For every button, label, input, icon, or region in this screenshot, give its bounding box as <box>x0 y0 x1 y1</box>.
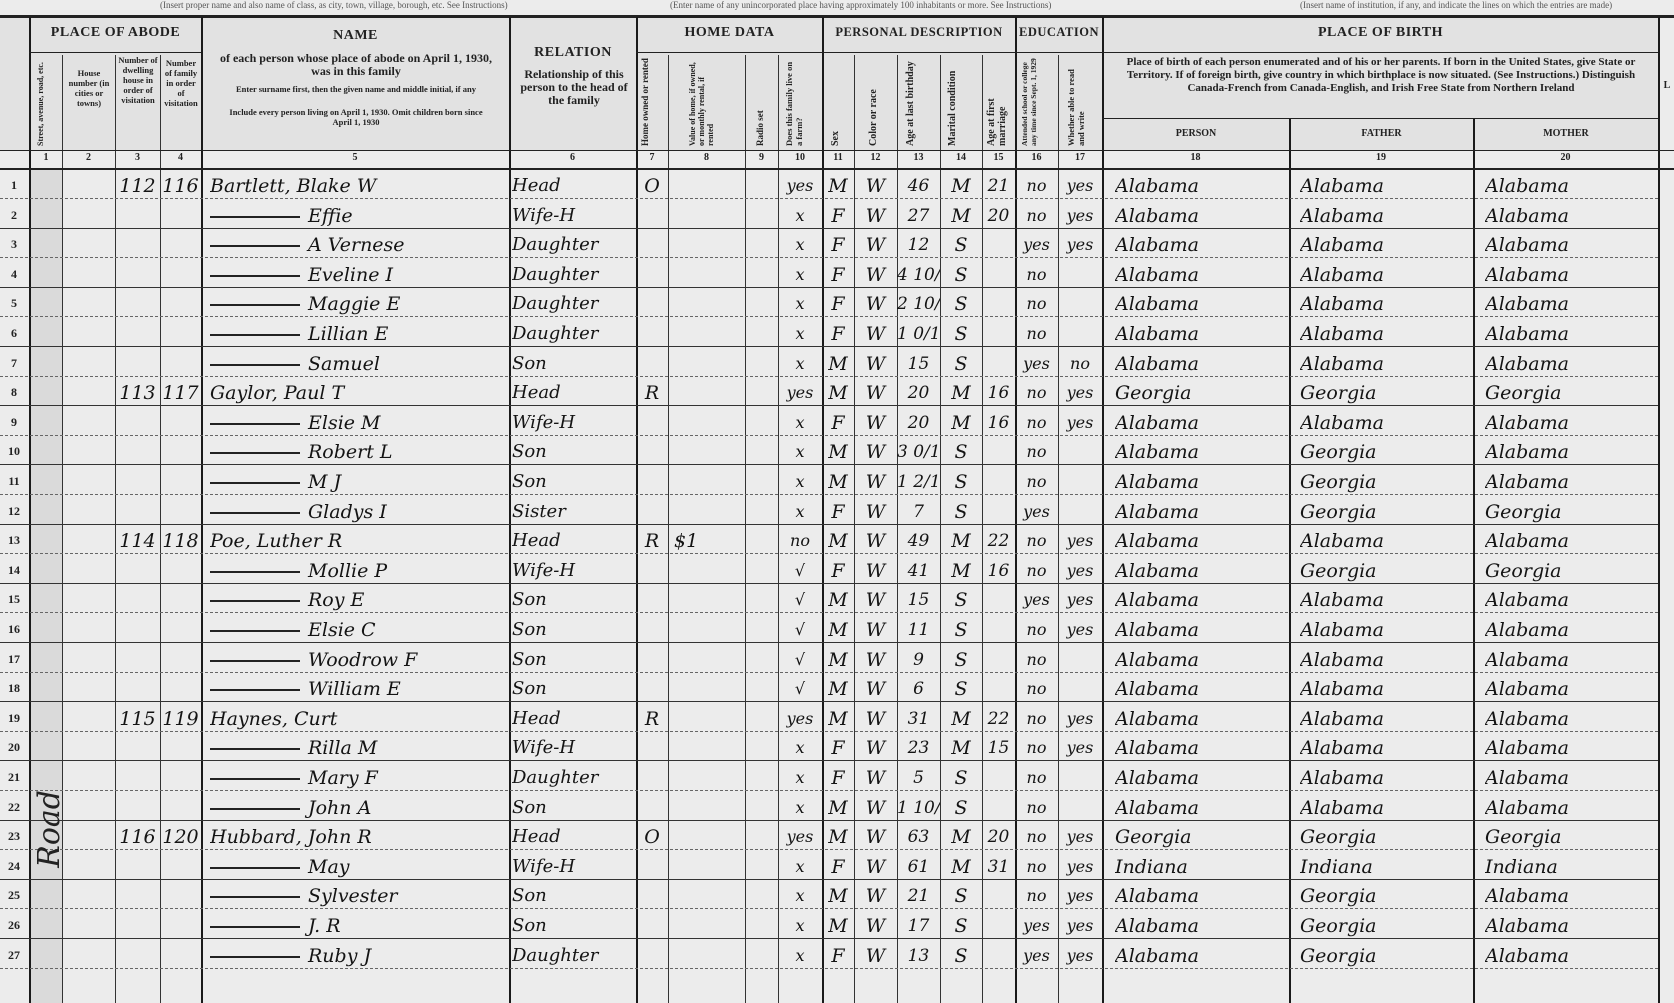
age: 6 <box>897 673 940 702</box>
table-row: 20 Rilla M Wife-H x F W 23 M 15 no yes A… <box>0 732 1658 761</box>
ditto-dash <box>210 630 300 632</box>
age-first-marriage: 20 <box>982 821 1015 850</box>
farm: x <box>778 762 822 791</box>
relation: Sister <box>512 496 634 525</box>
birthplace-person: Georgia <box>1115 377 1287 406</box>
farm: x <box>778 436 822 465</box>
home-value <box>674 436 744 465</box>
farm: x <box>778 851 822 880</box>
col-header-sex: Sex <box>830 58 846 146</box>
radio-set <box>745 703 778 732</box>
farm: x <box>778 792 822 821</box>
birthplace-father: Alabama <box>1300 288 1472 317</box>
home-owned-rented <box>636 614 668 643</box>
table-row: 11 M J Son x M W 1 2/12 S no Alabama Geo… <box>0 466 1658 495</box>
age: 15 <box>897 584 940 613</box>
relation: Head <box>512 377 634 406</box>
person-name: Woodrow F <box>210 644 508 673</box>
marital-condition: S <box>940 910 982 939</box>
group-header-relation: RELATION <box>510 45 636 61</box>
birthplace-person: Alabama <box>1115 644 1287 673</box>
relation: Head <box>512 525 634 554</box>
dwelling-number: 116 <box>115 821 160 850</box>
sex: F <box>822 496 854 525</box>
age-first-marriage <box>982 940 1015 969</box>
attended-school: no <box>1015 259 1058 288</box>
line-number: 6 <box>0 318 28 347</box>
person-name: J. R <box>210 910 508 939</box>
table-row: 2 Effie Wife-H x F W 27 M 20 no yes Alab… <box>0 200 1658 229</box>
person-name: May <box>210 851 508 880</box>
home-value <box>674 762 744 791</box>
sex: M <box>822 821 854 850</box>
attended-school: no <box>1015 200 1058 229</box>
table-row: 8 113 117 Gaylor, Paul T Head R yes M W … <box>0 377 1658 406</box>
color-race: W <box>854 910 897 939</box>
col-header-house-number: House number (in cities or towns) <box>64 68 114 108</box>
sex: F <box>822 288 854 317</box>
attended-school: no <box>1015 466 1058 495</box>
family-number <box>160 732 201 761</box>
relation: Son <box>512 910 634 939</box>
age: 9 <box>897 644 940 673</box>
birthplace-mother: Alabama <box>1485 703 1657 732</box>
column-number: 9 <box>745 152 778 168</box>
attended-school: no <box>1015 792 1058 821</box>
family-number: 117 <box>160 377 201 406</box>
line-number: 3 <box>0 229 28 258</box>
person-name-text: Bartlett, Blake W <box>210 175 376 197</box>
age-first-marriage <box>982 762 1015 791</box>
row-rule <box>0 968 1658 969</box>
dwelling-number: 114 <box>115 525 160 554</box>
column-number: 18 <box>1102 152 1289 168</box>
home-value: $1 <box>674 525 744 554</box>
column-number: 2 <box>62 152 115 168</box>
home-owned-rented <box>636 673 668 702</box>
home-owned-rented <box>636 496 668 525</box>
home-value <box>674 703 744 732</box>
attended-school: no <box>1015 732 1058 761</box>
home-owned-rented <box>636 229 668 258</box>
person-name-text: Mary F <box>308 767 378 789</box>
read-write: yes <box>1058 200 1102 229</box>
name-instruction-1: Enter surname first, then the given name… <box>225 84 487 94</box>
color-race: W <box>854 584 897 613</box>
radio-set <box>745 792 778 821</box>
ditto-dash <box>210 896 300 898</box>
age-first-marriage: 16 <box>982 377 1015 406</box>
line-number: 20 <box>0 732 28 761</box>
person-name-text: Ruby J <box>308 945 371 967</box>
read-write: yes <box>1058 170 1102 199</box>
person-name-text: Mollie P <box>308 560 387 582</box>
home-value <box>674 614 744 643</box>
marital-condition: S <box>940 288 982 317</box>
person-name: Eveline I <box>210 259 508 288</box>
age-first-marriage: 15 <box>982 732 1015 761</box>
home-value <box>674 259 744 288</box>
relation: Son <box>512 436 634 465</box>
read-write <box>1058 288 1102 317</box>
margin-note-road: Road <box>32 790 67 868</box>
read-write: yes <box>1058 614 1102 643</box>
home-owned-rented: R <box>636 525 668 554</box>
birthplace-father: Georgia <box>1300 821 1472 850</box>
sex: F <box>822 732 854 761</box>
group-header-personal-description: PERSONAL DESCRIPTION <box>823 25 1015 40</box>
dwelling-number <box>115 407 160 436</box>
family-number <box>160 880 201 909</box>
radio-set <box>745 614 778 643</box>
sex: F <box>822 940 854 969</box>
birthplace-father: Georgia <box>1300 555 1472 584</box>
family-number <box>160 259 201 288</box>
family-number <box>160 555 201 584</box>
birthplace-mother: Alabama <box>1485 259 1657 288</box>
read-write <box>1058 792 1102 821</box>
marital-condition: S <box>940 762 982 791</box>
dwelling-number: 112 <box>115 170 160 199</box>
attended-school: yes <box>1015 584 1058 613</box>
color-race: W <box>854 644 897 673</box>
read-write: yes <box>1058 555 1102 584</box>
family-number <box>160 614 201 643</box>
table-row: 7 Samuel Son x M W 15 S yes no Alabama A… <box>0 348 1658 377</box>
attended-school: no <box>1015 377 1058 406</box>
radio-set <box>745 673 778 702</box>
person-name-text: May <box>308 856 350 878</box>
column-number: 6 <box>509 152 636 168</box>
marital-condition: M <box>940 732 982 761</box>
marital-condition: S <box>940 348 982 377</box>
relation: Daughter <box>512 288 634 317</box>
color-race: W <box>854 318 897 347</box>
relation: Son <box>512 792 634 821</box>
person-name: Bartlett, Blake W <box>210 170 508 199</box>
age-first-marriage <box>982 288 1015 317</box>
home-value <box>674 318 744 347</box>
family-number <box>160 940 201 969</box>
table-row: 24 May Wife-H x F W 61 M 31 no yes India… <box>0 851 1658 880</box>
line-number: 19 <box>0 703 28 732</box>
home-owned-rented <box>636 792 668 821</box>
farm: x <box>778 466 822 495</box>
age-first-marriage <box>982 496 1015 525</box>
ditto-dash <box>210 216 300 218</box>
col-header-marital: Marital condition <box>947 58 975 146</box>
radio-set <box>745 229 778 258</box>
person-name: Lillian E <box>210 318 508 347</box>
top-instruction-2: (Enter name of any unincorporated place … <box>670 0 1051 10</box>
attended-school: no <box>1015 407 1058 436</box>
birthplace-person: Alabama <box>1115 555 1287 584</box>
line-number: 2 <box>0 200 28 229</box>
relation: Daughter <box>512 318 634 347</box>
age-first-marriage <box>982 584 1015 613</box>
marital-condition: M <box>940 170 982 199</box>
birthplace-father: Alabama <box>1300 732 1472 761</box>
person-name: Rilla M <box>210 732 508 761</box>
age-first-marriage <box>982 880 1015 909</box>
family-number <box>160 288 201 317</box>
rule-h <box>1102 52 1658 53</box>
color-race: W <box>854 229 897 258</box>
sex: F <box>822 318 854 347</box>
marital-condition: S <box>940 644 982 673</box>
read-write: no <box>1058 348 1102 377</box>
col-header-dwelling-number: Number of dwelling house in order of vis… <box>117 55 159 105</box>
birthplace-mother: Alabama <box>1485 732 1657 761</box>
col-header-mother: MOTHER <box>1474 128 1658 139</box>
home-value <box>674 792 744 821</box>
age-first-marriage <box>982 792 1015 821</box>
relation: Daughter <box>512 259 634 288</box>
col-header-age: Age at last birthday <box>905 58 933 146</box>
group-header-home-data: HOME DATA <box>637 25 822 41</box>
marital-condition: S <box>940 496 982 525</box>
radio-set <box>745 318 778 347</box>
radio-set <box>745 377 778 406</box>
ditto-dash <box>210 452 300 454</box>
age-first-marriage <box>982 229 1015 258</box>
color-race: W <box>854 288 897 317</box>
dwelling-number <box>115 555 160 584</box>
age-first-marriage <box>982 348 1015 377</box>
person-name-text: Rilla M <box>308 737 377 759</box>
read-write: yes <box>1058 229 1102 258</box>
column-number: 8 <box>668 152 745 168</box>
radio-set <box>745 170 778 199</box>
person-name-text: Gladys I <box>308 501 387 523</box>
line-number: 26 <box>0 910 28 939</box>
attended-school: no <box>1015 614 1058 643</box>
ditto-dash <box>210 808 300 810</box>
birthplace-person: Alabama <box>1115 584 1287 613</box>
age-first-marriage <box>982 436 1015 465</box>
birthplace-person: Alabama <box>1115 318 1287 347</box>
col-header-home-value: Value of home, if owned, or monthly rent… <box>688 58 728 146</box>
birthplace-father: Alabama <box>1300 644 1472 673</box>
person-name: Elsie C <box>210 614 508 643</box>
group-header-name: NAME <box>202 28 509 44</box>
attended-school: yes <box>1015 348 1058 377</box>
ditto-dash <box>210 571 300 573</box>
line-number: 7 <box>0 348 28 377</box>
color-race: W <box>854 792 897 821</box>
relation: Wife-H <box>512 555 634 584</box>
table-row: 6 Lillian E Daughter x F W 1 0/12 S no A… <box>0 318 1658 347</box>
home-value <box>674 466 744 495</box>
radio-set <box>745 732 778 761</box>
line-number: 18 <box>0 673 28 702</box>
relation: Daughter <box>512 762 634 791</box>
line-number: 24 <box>0 851 28 880</box>
sex: F <box>822 407 854 436</box>
sex: F <box>822 762 854 791</box>
relation: Son <box>512 644 634 673</box>
color-race: W <box>854 407 897 436</box>
line-number: 8 <box>0 377 28 406</box>
family-number <box>160 496 201 525</box>
home-value <box>674 880 744 909</box>
table-row: 12 Gladys I Sister x F W 7 S yes Alabama… <box>0 496 1658 525</box>
rule-h <box>29 52 201 53</box>
age: 46 <box>897 170 940 199</box>
age: 61 <box>897 851 940 880</box>
person-name-text: Robert L <box>308 441 393 463</box>
person-name: A Vernese <box>210 229 508 258</box>
column-number: 12 <box>854 152 897 168</box>
person-name-text: Gaylor, Paul T <box>210 382 344 404</box>
color-race: W <box>854 348 897 377</box>
birthplace-father: Georgia <box>1300 940 1472 969</box>
age: 12 <box>897 229 940 258</box>
column-number: 10 <box>778 152 822 168</box>
relation: Son <box>512 880 634 909</box>
column-number: 7 <box>636 152 668 168</box>
age: 4 10/12 <box>897 259 940 288</box>
dwelling-number <box>115 584 160 613</box>
person-name-text: Eveline I <box>308 264 393 286</box>
attended-school: no <box>1015 318 1058 347</box>
color-race: W <box>854 851 897 880</box>
birthplace-person: Alabama <box>1115 880 1287 909</box>
home-owned-rented <box>636 555 668 584</box>
farm: x <box>778 288 822 317</box>
age-first-marriage <box>982 466 1015 495</box>
family-number <box>160 318 201 347</box>
ditto-dash <box>210 926 300 928</box>
dwelling-number <box>115 732 160 761</box>
birthplace-father: Alabama <box>1300 407 1472 436</box>
person-name: M J <box>210 466 508 495</box>
ditto-dash <box>210 482 300 484</box>
census-sheet: (Insert proper name and also name of cla… <box>0 0 1674 1003</box>
color-race: W <box>854 170 897 199</box>
home-value <box>674 673 744 702</box>
family-number <box>160 910 201 939</box>
dwelling-number <box>115 288 160 317</box>
radio-set <box>745 880 778 909</box>
relation: Son <box>512 673 634 702</box>
family-number <box>160 200 201 229</box>
sex: F <box>822 259 854 288</box>
birth-description: Place of birth of each person enumerated… <box>1108 56 1654 95</box>
birthplace-mother: Alabama <box>1485 880 1657 909</box>
dwelling-number <box>115 880 160 909</box>
birthplace-person: Alabama <box>1115 288 1287 317</box>
age: 7 <box>897 496 940 525</box>
ditto-dash <box>210 600 300 602</box>
birthplace-father: Alabama <box>1300 170 1472 199</box>
birthplace-mother: Alabama <box>1485 584 1657 613</box>
age-first-marriage <box>982 259 1015 288</box>
person-name-text: Lillian E <box>308 323 388 345</box>
person-name-text: William E <box>308 678 401 700</box>
birthplace-mother: Georgia <box>1485 555 1657 584</box>
birthplace-mother: Alabama <box>1485 466 1657 495</box>
birthplace-mother: Alabama <box>1485 644 1657 673</box>
birthplace-father: Georgia <box>1300 910 1472 939</box>
table-row: 21 Mary F Daughter x F W 5 S no Alabama … <box>0 762 1658 791</box>
home-value <box>674 288 744 317</box>
birthplace-father: Alabama <box>1300 673 1472 702</box>
person-name: Sylvester <box>210 880 508 909</box>
line-number: 4 <box>0 259 28 288</box>
read-write <box>1058 673 1102 702</box>
home-owned-rented <box>636 407 668 436</box>
person-name: Mollie P <box>210 555 508 584</box>
radio-set <box>745 466 778 495</box>
age: 13 <box>897 940 940 969</box>
home-value <box>674 851 744 880</box>
col-header-farm: Does this family live on a farm? <box>784 58 812 146</box>
color-race: W <box>854 259 897 288</box>
table-row: 19 115 119 Haynes, Curt Head R yes M W 3… <box>0 703 1658 732</box>
home-value <box>674 910 744 939</box>
radio-set <box>745 436 778 465</box>
read-write: yes <box>1058 732 1102 761</box>
birthplace-person: Alabama <box>1115 673 1287 702</box>
ditto-dash <box>210 689 300 691</box>
person-name: Effie <box>210 200 508 229</box>
family-number <box>160 348 201 377</box>
birthplace-person: Alabama <box>1115 703 1287 732</box>
farm: x <box>778 732 822 761</box>
ditto-dash <box>210 867 300 869</box>
ditto-dash <box>210 748 300 750</box>
read-write: yes <box>1058 910 1102 939</box>
name-instruction-2: Include every person living on April 1, … <box>220 107 492 127</box>
home-owned-rented <box>636 584 668 613</box>
birthplace-mother: Alabama <box>1485 288 1657 317</box>
group-header-place-of-abode: PLACE OF ABODE <box>30 25 201 41</box>
column-number: 13 <box>897 152 940 168</box>
home-owned-rented <box>636 732 668 761</box>
dwelling-number <box>115 792 160 821</box>
col-header-color-race: Color or race <box>868 58 884 146</box>
color-race: W <box>854 880 897 909</box>
person-name: William E <box>210 673 508 702</box>
person-name-text: Roy E <box>308 589 364 611</box>
birthplace-mother: Alabama <box>1485 436 1657 465</box>
person-name: Elsie M <box>210 407 508 436</box>
dwelling-number: 115 <box>115 703 160 732</box>
read-write <box>1058 466 1102 495</box>
column-number: 20 <box>1473 152 1658 168</box>
color-race: W <box>854 732 897 761</box>
age: 1 0/12 <box>897 318 940 347</box>
birthplace-father: Alabama <box>1300 229 1472 258</box>
color-race: W <box>854 377 897 406</box>
attended-school: no <box>1015 880 1058 909</box>
sex: M <box>822 525 854 554</box>
column-number: 15 <box>982 152 1015 168</box>
home-value <box>674 170 744 199</box>
line-number: 11 <box>0 466 28 495</box>
relation: Wife-H <box>512 407 634 436</box>
person-name: Robert L <box>210 436 508 465</box>
birthplace-mother: Alabama <box>1485 170 1657 199</box>
birthplace-person: Alabama <box>1115 259 1287 288</box>
birthplace-mother: Georgia <box>1485 377 1657 406</box>
relation: Wife-H <box>512 200 634 229</box>
home-owned-rented <box>636 466 668 495</box>
age: 63 <box>897 821 940 850</box>
person-name: Mary F <box>210 762 508 791</box>
marital-condition: M <box>940 525 982 554</box>
